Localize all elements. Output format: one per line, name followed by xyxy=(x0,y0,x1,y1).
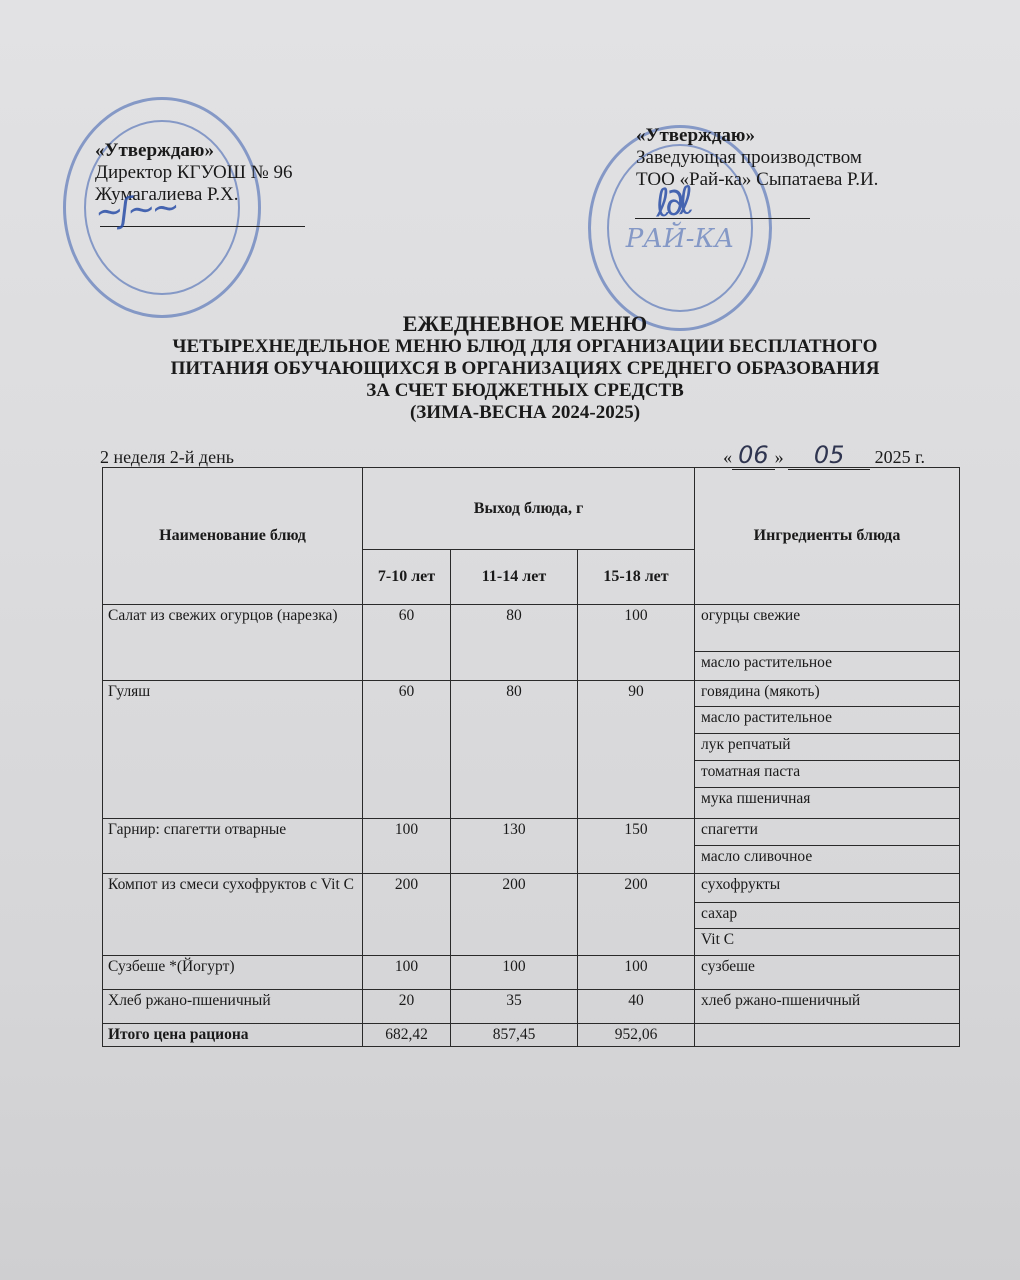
menu-table: Наименование блюд Выход блюда, г Ингреди… xyxy=(102,467,960,1047)
dish-name: Гарнир: спагетти отварные xyxy=(103,819,363,874)
signature-director: ~ʃ~~ xyxy=(94,187,177,233)
approver-title: Заведующая производством xyxy=(636,147,878,169)
date-month: 05 xyxy=(788,441,870,470)
date-year: 2025 г. xyxy=(875,447,925,467)
week-day-label: 2 неделя 2-й день xyxy=(100,447,234,468)
ingredients-cell: хлеб ржано-пшеничный xyxy=(695,990,960,1024)
quote-open: « xyxy=(723,447,732,467)
table-row: Салат из свежих огурцов (нарезка)6080100… xyxy=(103,605,960,681)
subtitle-line: ЧЕТЫРЕХНЕДЕЛЬНОЕ МЕНЮ БЛЮД ДЛЯ ОРГАНИЗАЦ… xyxy=(90,336,960,358)
total-empty-cell xyxy=(695,1024,960,1047)
header-age-7-10: 7-10 лет xyxy=(363,550,451,605)
date-day: 06 xyxy=(732,441,775,470)
total-7-10: 682,42 xyxy=(363,1024,451,1047)
table-row: Компот из смеси сухофруктов с Vit C20020… xyxy=(103,874,960,956)
header-yield: Выход блюда, г xyxy=(363,468,695,550)
header-ingredients: Ингредиенты блюда xyxy=(695,468,960,605)
dish-name: Компот из смеси сухофруктов с Vit C xyxy=(103,874,363,956)
ingredient-item: спагетти xyxy=(695,819,959,846)
ingredient-item: масло сливочное xyxy=(695,846,959,873)
yield-15-18: 100 xyxy=(578,956,695,990)
ingredient-item: сахар xyxy=(695,903,959,929)
ingredient-item: сухофрукты xyxy=(695,874,959,903)
ingredient-item: огурцы свежие xyxy=(695,605,959,652)
yield-11-14: 100 xyxy=(451,956,578,990)
yield-11-14: 80 xyxy=(451,681,578,819)
ingredient-item: масло растительное xyxy=(695,652,959,680)
approver-title: Директор КГУОШ № 96 xyxy=(95,162,293,184)
ingredient-item: томатная паста xyxy=(695,761,959,788)
yield-15-18: 90 xyxy=(578,681,695,819)
dish-name: Салат из свежих огурцов (нарезка) xyxy=(103,605,363,681)
yield-11-14: 200 xyxy=(451,874,578,956)
yield-7-10: 100 xyxy=(363,956,451,990)
table-row: Гарнир: спагетти отварные100130150спагет… xyxy=(103,819,960,874)
table-row: Сузбеше *(Йогурт)100100100сузбеше xyxy=(103,956,960,990)
header-dish: Наименование блюд xyxy=(103,468,363,605)
ingredients-cell: говядина (мякоть)масло растительноелук р… xyxy=(695,681,960,819)
ingredient-item: лук репчатый xyxy=(695,734,959,761)
subtitle-line: ПИТАНИЯ ОБУЧАЮЩИХСЯ В ОРГАНИЗАЦИЯХ СРЕДН… xyxy=(90,358,960,380)
table-row: Хлеб ржано-пшеничный203540хлеб ржано-пше… xyxy=(103,990,960,1024)
yield-11-14: 130 xyxy=(451,819,578,874)
signature-production: ℓ∂ℓ xyxy=(653,178,690,225)
approval-heading: «Утверждаю» xyxy=(636,125,878,147)
dish-name: Гуляш xyxy=(103,681,363,819)
yield-11-14: 80 xyxy=(451,605,578,681)
ingredients-cell: сузбеше xyxy=(695,956,960,990)
ingredient-item: Vit C xyxy=(695,929,959,955)
season-line: (ЗИМА-ВЕСНА 2024-2025) xyxy=(90,402,960,424)
document-title-block: ЕЖЕДНЕВНОЕ МЕНЮ ЧЕТЫРЕХНЕДЕЛЬНОЕ МЕНЮ БЛ… xyxy=(90,312,960,424)
dish-name: Хлеб ржано-пшеничный xyxy=(103,990,363,1024)
yield-7-10: 200 xyxy=(363,874,451,956)
yield-7-10: 100 xyxy=(363,819,451,874)
header-age-11-14: 11-14 лет xyxy=(451,550,578,605)
ingredients-cell: спагеттимасло сливочное xyxy=(695,819,960,874)
header-age-15-18: 15-18 лет xyxy=(578,550,695,605)
date-field: «06» 05 2025 г. xyxy=(723,441,925,470)
yield-7-10: 20 xyxy=(363,990,451,1024)
yield-15-18: 200 xyxy=(578,874,695,956)
yield-7-10: 60 xyxy=(363,681,451,819)
ingredient-item: сузбеше xyxy=(695,956,959,989)
ingredient-item: мука пшеничная xyxy=(695,788,959,818)
dish-name: Сузбеше *(Йогурт) xyxy=(103,956,363,990)
yield-15-18: 150 xyxy=(578,819,695,874)
total-label: Итого цена рациона xyxy=(103,1024,363,1047)
total-row: Итого цена рациона682,42857,45952,06 xyxy=(103,1024,960,1047)
total-15-18: 952,06 xyxy=(578,1024,695,1047)
yield-15-18: 100 xyxy=(578,605,695,681)
table-row: Гуляш608090говядина (мякоть)масло растит… xyxy=(103,681,960,819)
ingredient-item: хлеб ржано-пшеничный xyxy=(695,990,959,1023)
total-11-14: 857,45 xyxy=(451,1024,578,1047)
ingredients-cell: огурцы свежиемасло растительное xyxy=(695,605,960,681)
ingredient-item: говядина (мякоть) xyxy=(695,681,959,707)
yield-7-10: 60 xyxy=(363,605,451,681)
quote-close: » xyxy=(775,447,784,467)
ingredients-cell: сухофруктысахарVit C xyxy=(695,874,960,956)
ingredient-item: масло растительное xyxy=(695,707,959,734)
page-title: ЕЖЕДНЕВНОЕ МЕНЮ xyxy=(90,312,960,336)
approval-heading: «Утверждаю» xyxy=(95,140,293,162)
stamp-text: РАЙ-КА xyxy=(591,224,769,254)
yield-15-18: 40 xyxy=(578,990,695,1024)
yield-11-14: 35 xyxy=(451,990,578,1024)
subtitle-line: ЗА СЧЕТ БЮДЖЕТНЫХ СРЕДСТВ xyxy=(90,380,960,402)
